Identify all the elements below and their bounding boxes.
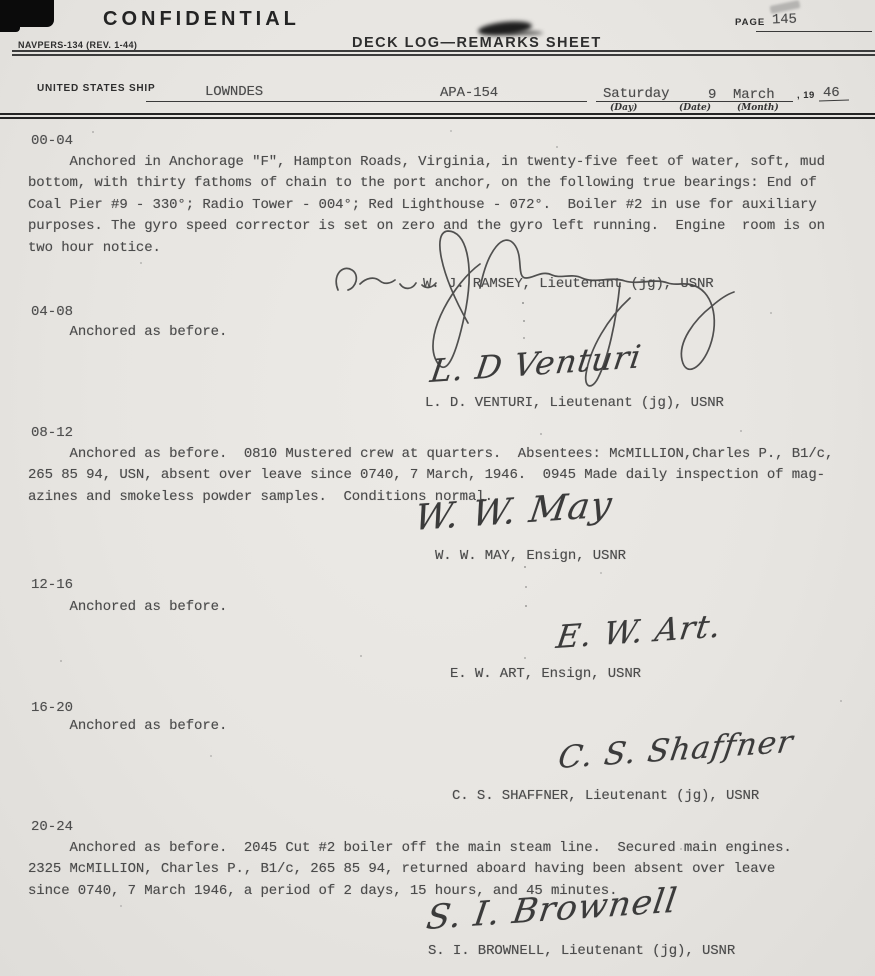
page-number: 145 xyxy=(772,10,798,32)
log-entry-text: Anchored as before. xyxy=(28,597,860,618)
body-rule-top xyxy=(0,113,875,115)
ship-label: UNITED STATES SHIP xyxy=(37,83,155,94)
page-underline xyxy=(756,31,872,32)
header-rule-top xyxy=(12,50,875,52)
log-entry-text: Anchored as before. 2045 Cut #2 boiler o… xyxy=(28,838,860,902)
officer-name-typed: E. W. ART, Ensign, USNR xyxy=(450,664,641,685)
log-entry-text: Anchored as before. xyxy=(28,322,860,343)
officer-name-typed: S. I. BROWNELL, Lieutenant (jg), USNR xyxy=(428,941,735,962)
page-label: PAGE xyxy=(735,17,765,28)
header-rule-bottom xyxy=(12,54,875,56)
body-rule-bottom xyxy=(0,117,875,119)
officer-name-typed: C. S. SHAFFNER, Lieutenant (jg), USNR xyxy=(452,786,759,807)
date-caption: (Date) xyxy=(679,103,711,113)
officer-name-typed: W. J. RAMSEY, Lieutenant (jg), USNR xyxy=(423,274,714,295)
month-caption: (Month) xyxy=(737,103,779,113)
form-number: NAVPERS-134 (REV. 1-44) xyxy=(18,40,137,50)
officer-name-typed: W. W. MAY, Ensign, USNR xyxy=(435,546,626,567)
watch-period-label: 04-08 xyxy=(31,304,73,320)
watch-period-label: 20-24 xyxy=(31,819,73,835)
scan-corner-artifact-2 xyxy=(0,25,20,32)
hull-number: APA-154 xyxy=(440,83,498,104)
ship-name: LOWNDES xyxy=(205,82,263,103)
watch-period-label: 12-16 xyxy=(31,577,73,593)
classification-stamp: CONFIDENTIAL xyxy=(103,8,300,31)
officer-name-typed: L. D. VENTURI, Lieutenant (jg), USNR xyxy=(425,393,724,414)
paper-specks xyxy=(0,0,2,2)
deck-log-page: CONFIDENTIAL NAVPERS-134 (REV. 1-44) DEC… xyxy=(0,0,875,976)
watch-period-label: 00-04 xyxy=(31,133,73,149)
year-prefix: , 19 xyxy=(797,90,815,101)
form-title: DECK LOG—REMARKS SHEET xyxy=(352,35,602,51)
watch-period-label: 16-20 xyxy=(31,700,73,716)
watch-period-label: 08-12 xyxy=(31,425,73,441)
day-caption: (Day) xyxy=(610,103,637,113)
scan-corner-artifact xyxy=(0,0,54,27)
